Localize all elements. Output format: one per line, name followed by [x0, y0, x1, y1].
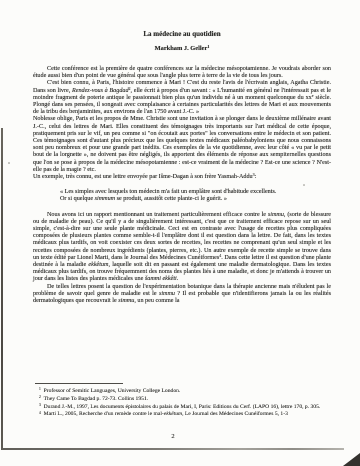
footnote: 4 Marti L., 2005, Recherche d'un remède …: [33, 411, 331, 417]
footnote-text: Durand J.-M., 1997, Les documents épisto…: [44, 404, 321, 410]
footnote-separator: [35, 383, 123, 384]
footnote-ref: 4: [39, 411, 41, 415]
paragraph-text: Un exemple, très connu, est une lettre e…: [33, 174, 256, 180]
scan-corner-mark: [343, 453, 360, 466]
paragraph-group-top: Cette conférence est la première de quat…: [33, 66, 331, 181]
footnotes-section: 1 Professor of Semitic Languages, Univer…: [33, 383, 331, 419]
scan-edge-left: [1, 128, 3, 450]
paragraph-text: De telles lettres posent la question de …: [33, 284, 331, 304]
quote-text: Or si quelque simmum se produit, aussitô…: [60, 196, 227, 202]
footnote: 2 They Came To Bagdad p. 72-73. Collins …: [33, 396, 331, 402]
body-paragraph: C'est bien connu, à Paris, l'histoire co…: [33, 80, 331, 116]
footnote-ref: 1: [39, 387, 41, 391]
footnote: 3 Durand J.-M., 1997, Les documents épis…: [33, 404, 331, 410]
author-text: Markham J. Geller: [155, 45, 208, 52]
paragraph-text: C'est bien connu, à Paris, l'histoire co…: [33, 80, 331, 115]
paragraph-text: Cette conférence est la première de quat…: [33, 66, 331, 79]
page-content: La médecine au quotidien Markham J. Gell…: [33, 30, 331, 305]
scan-edge-bottom: [2, 448, 344, 450]
paragraph-group-bottom: Nous avons ici un rapport mentionnant un…: [33, 212, 331, 306]
author-name: Markham J. Geller1: [33, 45, 331, 52]
body-paragraph: Nous avons ici un rapport mentionnant un…: [33, 212, 331, 284]
article-body: Cette conférence est la première de quat…: [33, 66, 331, 305]
footnote-text: They Came To Bagdad p. 72-73. Collins 19…: [44, 396, 149, 402]
body-paragraph: Noblesse oblige, Paris et les propos de …: [33, 116, 331, 174]
footnote-text: Marti L., 2005, Recherche d'un remède co…: [44, 411, 288, 417]
page-title: La médecine au quotidien: [33, 30, 331, 38]
footnote-ref: 2: [39, 395, 41, 399]
footnote-ref: 3: [39, 403, 41, 407]
scan-speck: [303, 184, 305, 186]
author-footnote-ref: 1: [207, 44, 209, 49]
quote-text: « Les simples avec lesquels ton médecin …: [60, 189, 276, 195]
body-paragraph: De telles lettres posent la question de …: [33, 284, 331, 306]
block-quote: « Les simples avec lesquels ton médecin …: [60, 189, 313, 203]
paragraph-text: Noblesse oblige, Paris et les propos de …: [33, 116, 331, 172]
page-number: 2: [33, 433, 313, 440]
body-paragraph: Cette conférence est la première de quat…: [33, 66, 331, 80]
paragraph-text: Nous avons ici un rapport mentionnant un…: [33, 212, 331, 283]
scanned-page: La médecine au quotidien Markham J. Gell…: [0, 0, 360, 466]
footnote-text: Professor of Semitic Languages, Universi…: [44, 388, 181, 394]
body-paragraph: Un exemple, très connu, est une lettre e…: [33, 174, 331, 181]
scan-speck: [8, 162, 10, 164]
footnote: 1 Professor of Semitic Languages, Univer…: [33, 388, 331, 394]
footnote-list: 1 Professor of Semitic Languages, Univer…: [33, 388, 331, 418]
quote-line: Or si quelque simmum se produit, aussitô…: [60, 196, 313, 203]
